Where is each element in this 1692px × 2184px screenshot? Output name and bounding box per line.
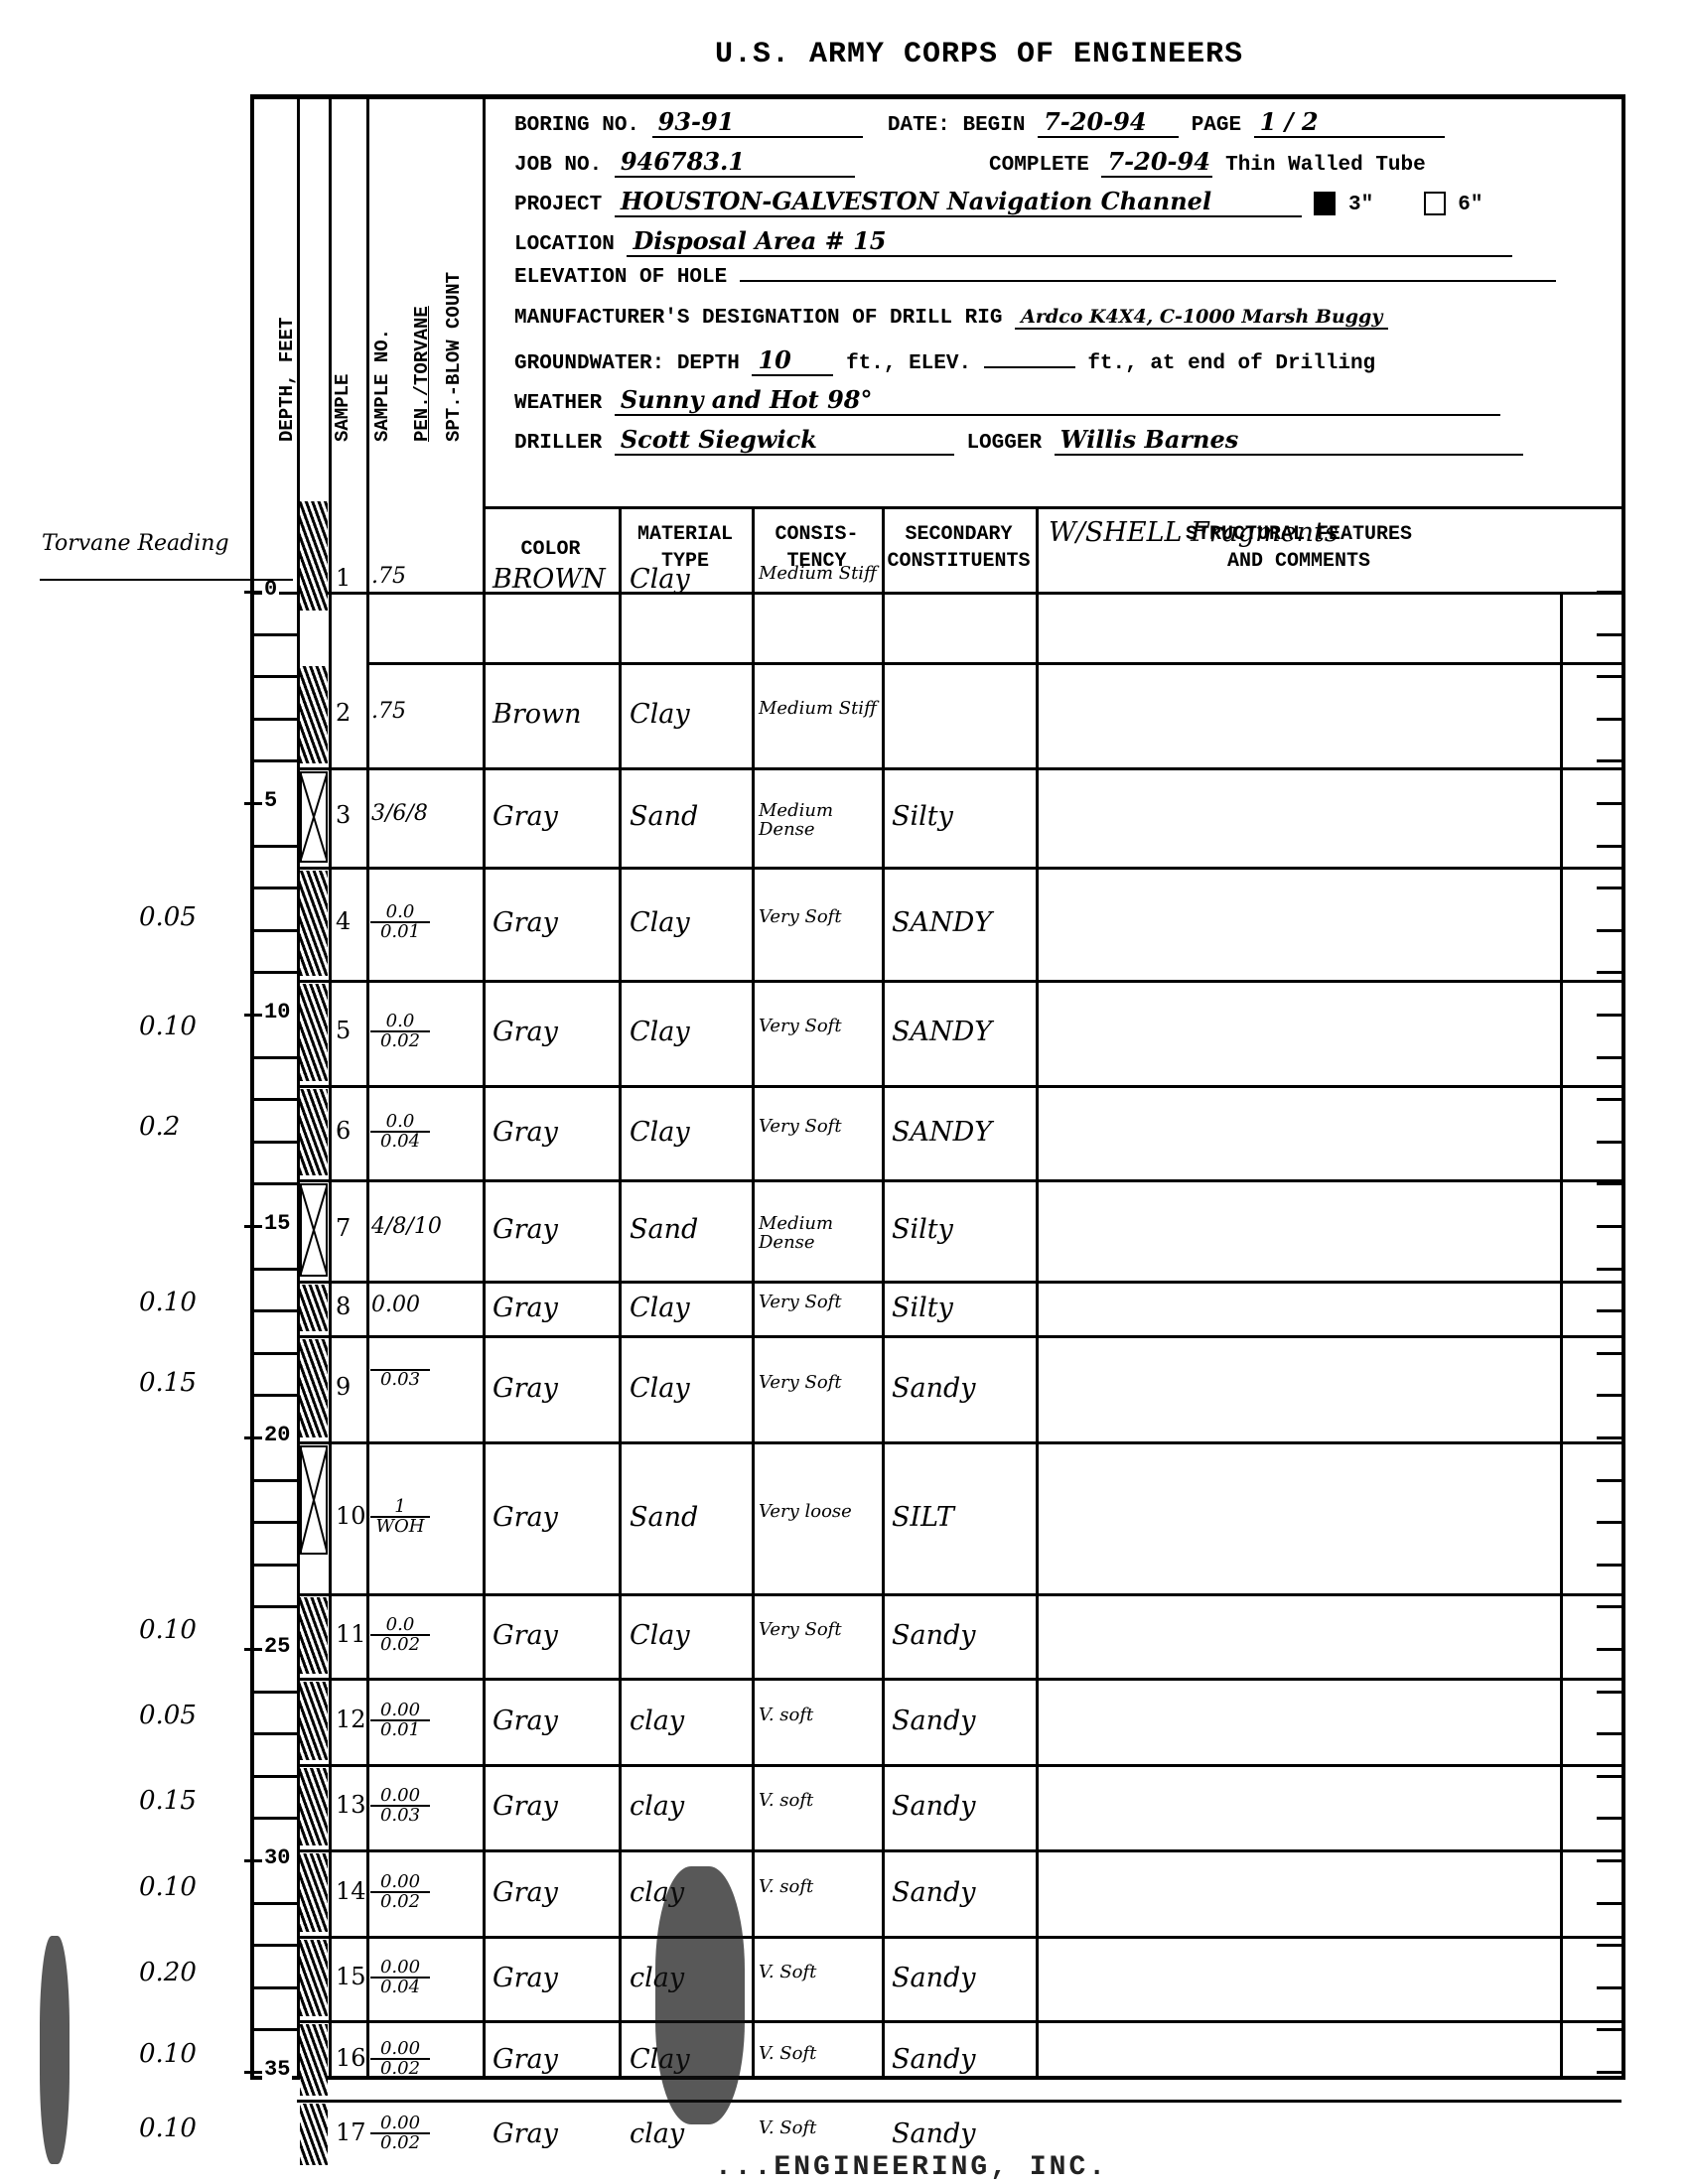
logger-label: LOGGER [966,432,1042,455]
depth-tick [254,1817,297,1820]
scan-smudge [40,1936,70,2164]
color-cell[interactable]: Gray [493,1963,558,1993]
divider [254,592,1621,595]
sample-no-cell[interactable]: 14 [336,1877,366,1905]
job-no-field[interactable]: 946783.1 [615,147,855,178]
consistency-cell[interactable]: Very Soft [759,1620,878,1639]
consistency-cell[interactable]: Very Soft [759,1117,878,1136]
row-divider [297,980,1621,983]
depth-tick [244,2071,264,2074]
tube-3in-label: 3" [1348,194,1373,216]
pen-spt-cell[interactable]: 0.03 [370,1369,430,1389]
material-cell[interactable]: Clay [630,907,690,938]
right-tick [1597,1056,1621,1059]
secondary-cell[interactable]: Sandy [892,1706,976,1736]
color-cell[interactable]: Gray [493,1706,558,1736]
secondary-cell[interactable]: Sandy [892,1791,976,1822]
depth-column-label: DEPTH, FEET [276,318,298,442]
material-cell[interactable]: Clay [630,564,690,595]
depth-tick [254,1564,297,1567]
right-tick [1597,1902,1621,1905]
logger-field[interactable]: Willis Barnes [1055,425,1523,456]
right-tick [1597,1691,1621,1694]
depth-label: 35 [262,2057,292,2082]
elevation-label: ELEVATION OF HOLE [514,266,727,289]
consistency-cell[interactable]: Very Soft [759,1293,878,1311]
project-field[interactable]: HOUSTON-GALVESTON Navigation Channel [615,187,1302,217]
row-divider [366,662,1621,665]
right-tick [1597,759,1621,762]
pen-spt-cell[interactable]: 4/8/10 [371,1214,442,1239]
row-divider [297,2020,1621,2023]
row-divider [297,867,1621,870]
depth-tick [254,1732,297,1735]
pen-spt-cell[interactable]: 0.000.03 [370,1787,430,1825]
secondary-constituents-header: SECONDARY CONSTITUENTS [882,521,1036,575]
secondary-cell[interactable]: Silty [892,801,953,832]
driller-label: DRILLER [514,432,602,455]
depth-tick [254,1479,297,1482]
depth-tick [254,1056,297,1059]
torvane-value: 0.10 [139,1288,197,1317]
pen-spt-cell[interactable]: 0.000.02 [370,2040,430,2078]
tube-sample-icon [300,1285,328,1331]
row-divider [297,767,1621,770]
spt-value: 0.04 [370,1133,430,1151]
color-cell[interactable]: Gray [493,1791,558,1822]
spt-blow-count-column-label: SPT.-BLOW COUNT [443,272,465,442]
depth-label: 5 [262,788,279,813]
secondary-cell[interactable]: Sandy [892,1373,976,1404]
boring-no-label: BORING NO. [514,114,639,137]
driller-field[interactable]: Scott Siegwick [615,425,954,456]
secondary-cell[interactable]: Sandy [892,2044,976,2075]
right-tick [1597,633,1621,636]
right-tick [1597,675,1621,678]
right-tick [1597,1268,1621,1271]
right-tick [1597,718,1621,721]
job-no-label: JOB NO. [514,154,602,177]
material-cell[interactable]: Sand [630,1502,698,1533]
pen-spt-cell[interactable]: 3/6/8 [371,801,428,826]
right-tick [1597,1648,1621,1651]
depth-tick [254,718,297,721]
right-tick [1597,1352,1621,1355]
right-tick [1597,2028,1621,2031]
torvane-value: 0.15 [139,1368,197,1398]
torvane-value: 0.10 [139,1615,197,1645]
depth-tick [254,2028,297,2031]
drill-rig-label: MANUFACTURER'S DESIGNATION OF DRILL RIG [514,307,1002,330]
pen-spt-cell[interactable]: 0.00.04 [370,1113,430,1151]
color-cell[interactable]: Brown [493,699,582,730]
tube-sample-icon [300,1597,328,1674]
secondary-cell[interactable]: Sandy [892,1963,976,1993]
tube-3in-checkbox[interactable] [1314,192,1336,215]
secondary-cell[interactable]: SANDY [892,1017,992,1047]
boring-log-form: DEPTH, FEET SAMPLE SAMPLE NO. PEN./TORVA… [250,94,1625,2080]
scan-smudge [655,1866,745,2124]
sample-no-cell[interactable]: 12 [336,1706,366,1733]
color-cell[interactable]: Gray [493,1214,558,1245]
pen-spt-cell[interactable]: 1WOH [370,1498,430,1536]
depth-tick [254,675,297,678]
depth-tick [254,633,297,636]
tube-sample-icon [300,2024,328,2096]
right-tick [1597,1605,1621,1608]
footer-company: ...ENGINEERING, INC. [715,2152,1108,2183]
right-tick [1597,1817,1621,1820]
torvane-value: 0.10 [139,1012,197,1041]
secondary-header-line2: CONSTITUENTS [882,548,1036,575]
right-tick [1597,591,1621,594]
right-tick [1597,1182,1621,1185]
spt-value: 0.01 [370,1721,430,1739]
torvane-value: 0.05 [139,902,197,932]
pen-value: 0.0 [370,1013,430,1032]
material-cell[interactable]: Clay [630,1373,690,1404]
sample-no-cell[interactable]: 7 [336,1214,351,1242]
agency-title: U.S. ARMY CORPS OF ENGINEERS [715,38,1243,71]
right-tick [1597,1225,1621,1228]
right-tick [1597,1394,1621,1397]
spt-value: 0.02 [370,2060,430,2078]
depth-label: 20 [262,1423,292,1447]
color-cell[interactable]: Gray [493,801,558,832]
material-cell[interactable]: Clay [630,1620,690,1651]
page-label: PAGE [1192,114,1241,137]
secondary-cell[interactable]: Sandy [892,2118,976,2149]
spt-value: 0.02 [370,2134,430,2152]
torvane-value: 0.10 [139,2114,197,2143]
sample-no-cell[interactable]: 6 [336,1117,351,1145]
row-divider [297,2100,1621,2103]
date-begin-field[interactable]: 7-20-94 [1038,107,1179,138]
groundwater-depth-label: GROUNDWATER: DEPTH [514,352,740,375]
sample-no-cell[interactable]: 2 [336,699,351,727]
material-cell[interactable]: clay [630,2118,684,2149]
divider [882,506,885,2076]
end-of-drilling-label: ft., at end of Drilling [1087,352,1375,375]
torvane-value: 0.2 [139,1112,180,1142]
depth-label: 15 [262,1211,292,1236]
color-cell[interactable]: Gray [493,1620,558,1651]
pen-spt-cell[interactable]: 0.000.01 [370,1702,430,1739]
sample-no-cell[interactable]: 10 [336,1502,366,1530]
material-cell[interactable]: Sand [630,1214,698,1245]
sample-no-cell[interactable]: 5 [336,1017,351,1044]
elevation-field[interactable] [740,280,1556,282]
depth-label: 25 [262,1634,292,1659]
pen-value: 0.00 [370,1959,430,1979]
date-complete-field[interactable]: 7-20-94 [1101,147,1212,178]
depth-tick [254,1605,297,1608]
consistency-cell[interactable]: V. Soft [759,1963,878,1981]
color-cell[interactable]: Gray [493,1373,558,1404]
material-cell[interactable]: Clay [630,1293,690,1323]
pen-value: 0.0 [370,1616,430,1636]
comments-cell[interactable]: W/SHELL Fragments [1049,517,1339,548]
depth-tick [254,1986,297,1989]
sample-no-cell[interactable]: 8 [336,1293,351,1320]
complete-label: COMPLETE [989,154,1089,177]
consistency-cell[interactable]: V. soft [759,1706,878,1724]
right-tick [1597,845,1621,848]
secondary-cell[interactable]: SILT [892,1502,954,1533]
row-divider [297,1335,1621,1338]
tube-sample-icon [300,2104,328,2165]
groundwater-elev-label: ft., ELEV. [846,352,971,375]
sample-no-cell[interactable]: 17 [336,2118,366,2146]
divider [483,506,1621,509]
spt-value: 0.02 [370,1636,430,1654]
sample-no-cell[interactable]: 1 [336,564,351,592]
sample-no-column-label: SAMPLE NO. [371,329,393,442]
secondary-cell[interactable]: Sandy [892,1877,976,1908]
pen-spt-cell[interactable]: .75 [371,699,406,724]
right-tick [1597,1859,1621,1862]
depth-tick [254,1521,297,1524]
color-cell[interactable]: Gray [493,1502,558,1533]
right-tick [1597,971,1621,974]
color-cell[interactable]: Gray [493,1877,558,1908]
right-tick [1597,1309,1621,1312]
depth-tick [254,1268,297,1271]
tube-sample-icon [300,871,328,976]
location-label: LOCATION [514,233,615,256]
divider [1560,592,1563,2076]
tube-sample-icon [300,984,328,1081]
color-cell[interactable]: Gray [493,1293,558,1323]
divider [752,506,755,2076]
tube-6in-checkbox[interactable] [1424,192,1446,215]
consistency-cell[interactable]: Very Soft [759,1373,878,1392]
material-cell[interactable]: Clay [630,699,690,730]
pen-spt-cell[interactable]: 0.000.02 [370,2115,430,2152]
right-tick [1597,1141,1621,1144]
row-divider [297,1085,1621,1088]
margin-underline [40,579,293,581]
row-divider [297,1678,1621,1681]
split-spoon-sample-icon [300,1183,328,1277]
sample-no-cell[interactable]: 13 [336,1791,366,1819]
depth-label: 30 [262,1845,292,1870]
depth-tick [254,845,297,848]
spt-value: 0.02 [370,1893,430,1911]
consistency-cell[interactable]: Very Soft [759,907,878,926]
sample-no-cell[interactable]: 16 [336,2044,366,2072]
pen-value: 0.00 [370,1702,430,1721]
torvane-value: 0.10 [139,1872,197,1902]
pen-spt-cell[interactable]: 0.000.02 [370,1873,430,1911]
right-tick [1597,2071,1621,2074]
consistency-cell[interactable]: V. Soft [759,2044,878,2063]
split-spoon-sample-icon [300,771,328,863]
pen-value: 0.00 [370,1873,430,1893]
tube-sample-icon [300,1339,328,1437]
depth-tick [254,1352,297,1355]
secondary-cell[interactable]: Sandy [892,1620,976,1651]
material-cell[interactable]: Clay [630,1117,690,1148]
depth-tick [254,1944,297,1947]
color-cell[interactable]: Gray [493,1117,558,1148]
row-divider [297,1281,1621,1284]
right-tick [1597,929,1621,932]
consistency-cell[interactable]: Medium Stiff [759,564,878,583]
row-divider [297,1441,1621,1444]
pen-value: 0.00 [370,1787,430,1807]
location-field[interactable]: Disposal Area # 15 [627,226,1512,257]
right-tick [1597,1564,1621,1567]
pen-value: 1 [370,1498,430,1518]
right-tick [1597,802,1621,805]
depth-tick [244,591,264,594]
material-cell[interactable]: clay [630,1791,684,1822]
right-tick [1597,1732,1621,1735]
tube-sample-icon [300,1682,328,1760]
tube-sample-icon [300,1940,328,2016]
right-tick [1597,1098,1621,1101]
tube-sample-icon [300,1853,328,1932]
depth-tick [254,1182,297,1185]
depth-tick [254,1691,297,1694]
sample-no-cell[interactable]: 4 [336,907,351,935]
color-header: COLOR [483,536,619,563]
pen-torvane-column-label: PEN./TORVANE [411,306,433,442]
depth-tick [244,1014,264,1017]
secondary-cell[interactable]: Silty [892,1214,953,1245]
secondary-cell[interactable]: Silty [892,1293,953,1323]
row-divider [297,1179,1621,1182]
sample-no-cell[interactable]: 9 [336,1373,351,1401]
right-tick [1597,1521,1621,1524]
sample-no-cell[interactable]: 3 [336,801,351,829]
tube-sample-icon [300,666,328,763]
weather-label: WEATHER [514,392,602,415]
right-tick [1597,1436,1621,1439]
sample-no-cell[interactable]: 15 [336,1963,366,1990]
spt-value: 0.03 [370,1371,430,1389]
consistency-cell[interactable]: V. soft [759,1791,878,1810]
consistency-cell[interactable]: Medium Dense [759,801,878,839]
depth-tick [244,1859,264,1862]
tube-sample-icon [300,501,328,611]
divider [1036,506,1039,2076]
groundwater-elev-field[interactable] [984,366,1075,368]
torvane-value: 0.15 [139,1786,197,1816]
page-field[interactable]: 1 / 2 [1254,107,1445,138]
consistency-header-line1: CONSIS- [752,521,882,548]
consistency-cell[interactable]: Very Soft [759,1017,878,1035]
right-tick [1597,1014,1621,1017]
depth-tick [244,1648,264,1651]
depth-tick [254,759,297,762]
consistency-cell[interactable]: Medium Stiff [759,699,878,718]
pen-spt-cell[interactable]: .75 [371,564,406,589]
consistency-cell[interactable]: Very loose [759,1502,878,1521]
right-tick [1597,1479,1621,1482]
pen-spt-cell[interactable]: 0.00.02 [370,1013,430,1050]
depth-tick [254,1141,297,1144]
row-divider [297,1764,1621,1767]
consistency-cell[interactable]: V. Soft [759,2118,878,2137]
depth-tick [254,1098,297,1101]
color-cell[interactable]: Gray [493,2044,558,2075]
spt-value: 0.04 [370,1979,430,1996]
color-cell[interactable]: BROWN [493,564,606,595]
depth-tick [244,1436,264,1439]
color-cell[interactable]: Gray [493,1017,558,1047]
sampler-label: Thin Walled Tube [1225,154,1426,177]
pen-value: 0.0 [370,903,430,923]
secondary-cell[interactable]: SANDY [892,907,992,938]
pen-value: 0.0 [370,1113,430,1133]
material-cell[interactable]: Clay [630,1017,690,1047]
material-cell[interactable]: clay [630,1706,684,1736]
tube-sample-icon [300,1089,328,1175]
structural-header-line2: AND COMMENTS [1036,548,1562,575]
spt-value: 0.01 [370,923,430,941]
torvane-reading-note: Torvane Reading [42,531,229,556]
right-tick [1597,887,1621,889]
pen-spt-cell[interactable]: 0.00 [371,1293,420,1317]
tube-6in-label: 6" [1458,194,1482,216]
date-begin-label: DATE: BEGIN [888,114,1026,137]
sample-column-label: SAMPLE [332,374,353,442]
depth-tick [254,1309,297,1312]
pen-spt-cell[interactable]: 0.00.02 [370,1616,430,1654]
right-tick [1597,1775,1621,1778]
spt-value: WOH [370,1518,430,1536]
row-divider [297,1936,1621,1939]
groundwater-depth-field[interactable]: 10 [752,345,833,376]
consistency-cell[interactable]: Medium Dense [759,1214,878,1252]
torvane-value: 0.10 [139,2039,197,2069]
weather-field[interactable]: Sunny and Hot 98° [615,385,1500,416]
consistency-cell[interactable]: V. soft [759,1877,878,1896]
depth-tick [254,1394,297,1397]
depth-tick [254,929,297,932]
color-cell[interactable]: Gray [493,907,558,938]
right-tick [1597,1986,1621,1989]
secondary-cell[interactable]: SANDY [892,1117,992,1148]
torvane-value: 0.20 [139,1958,197,1987]
row-divider [297,1593,1621,1596]
pen-spt-cell[interactable]: 0.000.04 [370,1959,430,1996]
drill-rig-field[interactable]: Ardco K4X4, C-1000 Marsh Buggy [1015,306,1388,330]
pen-spt-cell[interactable]: 0.00.01 [370,903,430,941]
depth-tick [254,887,297,889]
depth-tick [244,1225,264,1228]
boring-no-field[interactable]: 93-91 [652,107,863,138]
tube-sample-icon [300,1768,328,1845]
depth-label: 10 [262,1000,292,1024]
depth-tick [254,1775,297,1778]
split-spoon-sample-icon [300,1445,328,1555]
pen-value: 0.00 [370,2040,430,2060]
depth-tick [254,1902,297,1905]
torvane-value: 0.05 [139,1701,197,1730]
divider [619,506,622,2076]
material-cell[interactable]: Sand [630,801,698,832]
depth-tick [244,802,264,805]
material-header-line1: MATERIAL [619,521,752,548]
sample-no-cell[interactable]: 11 [336,1620,366,1648]
color-cell[interactable]: Gray [493,2118,558,2149]
project-label: PROJECT [514,194,602,216]
row-divider [297,1849,1621,1852]
secondary-header-line1: SECONDARY [882,521,1036,548]
